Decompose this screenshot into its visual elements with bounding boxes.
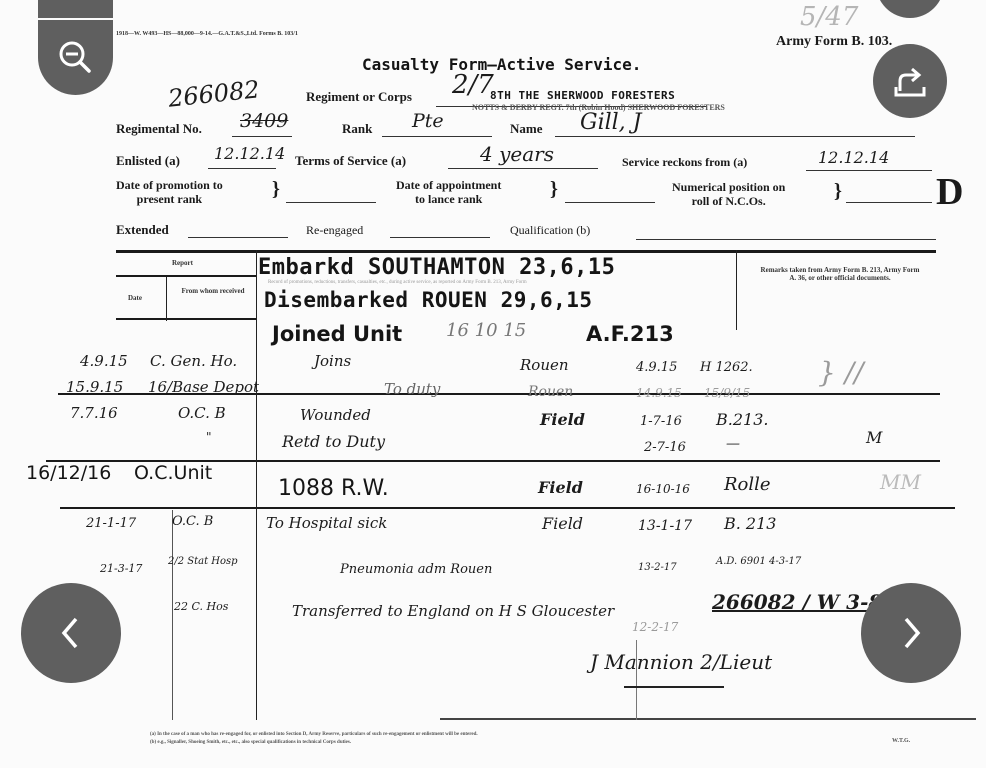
stamp-joined-unit: Joined Unit (272, 322, 402, 346)
qualification-label: Qualification (b) (510, 223, 590, 238)
row-record: Pneumonia adm Rouen (340, 562, 492, 577)
row-date2: 2-7-16 (644, 440, 686, 455)
share-button[interactable] (873, 44, 947, 118)
casualty-form-document: 1918—W. W493—HS—88,000—9-14.—G.A.T.&S.,L… (0, 0, 986, 768)
row-remarks: B. 213 (724, 514, 776, 533)
promotion-label-line2: present rank (116, 192, 223, 206)
numerical-label-line2: roll of N.C.Os. (672, 194, 785, 208)
regimental-no-value: 3409 (240, 110, 288, 132)
form-title: Casualty Form—Active Service. (362, 55, 641, 74)
margin-mark: M (866, 428, 882, 447)
row-record: Retd to Duty (282, 432, 385, 451)
appointment-label: Date of appointment to lance rank (396, 178, 501, 206)
numerical-label-line1: Numerical position on (672, 180, 785, 194)
row-remarks: 15/9/15 (704, 386, 750, 400)
enlisted-label: Enlisted (a) (116, 153, 180, 169)
enlisted-value: 12.12.14 (214, 144, 285, 163)
row-remarks: — (726, 436, 740, 452)
row-from: 22 C. Hos (174, 600, 228, 613)
footnote-a: (a) In the case of a man who has re-enga… (150, 732, 478, 737)
share-icon (890, 61, 930, 101)
regimental-no-label: Regimental No. (116, 121, 202, 137)
row-record: 1088 R.W. (278, 476, 389, 501)
row-date2: 13-1-17 (638, 518, 692, 534)
row-from: 2/2 Stat Hosp (168, 556, 238, 567)
row-from: C. Gen. Ho. (150, 352, 237, 370)
appointment-label-line1: Date of appointment (396, 178, 501, 192)
handwritten-number: 266082 (167, 75, 261, 112)
officer-signature: J Mannion 2/Lieut (590, 650, 772, 674)
army-form-number: Army Form B. 103. (776, 34, 892, 50)
row-record: Joins (314, 352, 351, 370)
row-date2: 16-10-16 (636, 482, 690, 496)
service-reckons-value: 12.12.14 (818, 148, 889, 167)
row-from: " (206, 430, 212, 444)
row-remarks: H 1262. (700, 360, 753, 375)
row-place: Field (538, 478, 583, 497)
reengaged-label: Re-engaged (306, 223, 363, 238)
numerical-position-label: Numerical position on roll of N.C.Os. (672, 180, 785, 208)
row-date2: 4.9.15 (636, 360, 677, 375)
regiment-stamp: 8TH THE SHERWOOD FORESTERS (490, 89, 675, 102)
stamp-disembarked: Disembarked ROUEN 29,6,15 (264, 288, 593, 312)
row-date: 16/12/16 (26, 462, 111, 484)
row-record: Transferred to England on H S Gloucester (292, 600, 622, 622)
row-date: 15.9.15 (66, 378, 123, 396)
row-place: Field (542, 514, 583, 533)
zoom-out-button[interactable] (38, 0, 113, 95)
service-reckons-label: Service reckons from (a) (622, 155, 747, 170)
stamp-embarked: Embarkd SOUTHAMTON 23,6,15 (258, 255, 615, 280)
rank-label: Rank (342, 121, 372, 137)
row-place: Field (540, 410, 585, 429)
row-date2: 14.9.15 (636, 386, 682, 400)
terms-label: Terms of Service (a) (295, 153, 406, 169)
regiment-value: 2/7 (452, 70, 494, 100)
stamp-af213: A.F.213 (586, 322, 674, 346)
footnote-code: W.T.G. (892, 738, 910, 744)
row-remarks: A.D. 6901 4-3-17 (716, 556, 801, 567)
terms-value: 4 years (480, 142, 554, 166)
row-record: Wounded (300, 406, 371, 424)
regiment-label: Regiment or Corps (306, 89, 412, 105)
row-date: 7.7.16 (70, 404, 118, 422)
chevron-right-icon (896, 613, 926, 653)
row-remarks: B.213. (716, 410, 768, 429)
header-from-whom: From whom received (178, 287, 248, 295)
row-record: To duty (384, 380, 440, 398)
appointment-label-line2: to lance rank (396, 192, 501, 206)
header-date: Date (128, 294, 142, 302)
previous-page-button[interactable] (21, 583, 121, 683)
row-place: Rouen (520, 356, 569, 374)
promotion-label-line1: Date of promotion to (116, 178, 223, 192)
row-date2: 13-2-17 (638, 562, 677, 573)
name-value: Gill, J (580, 110, 642, 135)
row-date: 21-3-17 (100, 562, 142, 575)
next-page-button[interactable] (861, 583, 961, 683)
zoom-out-icon (56, 38, 96, 78)
row-from: O.C.Unit (134, 462, 212, 484)
row-from: 16/Base Depot (148, 378, 259, 396)
pencil-annotation: 5/47 (800, 2, 858, 32)
header-record: Record of promotions, reductions, transf… (268, 280, 527, 285)
row-date: 4.9.15 (80, 352, 128, 370)
printer-line: 1918—W. W493—HS—88,000—9-14.—G.A.T.&S.,L… (116, 31, 298, 37)
row-record: To Hospital sick (266, 514, 387, 532)
header-report: Report (172, 259, 193, 267)
category-letter: D (936, 170, 963, 214)
row-date2: 12-2-17 (632, 620, 678, 634)
chevron-left-icon (56, 613, 86, 653)
footnote-b: (b) e.g., Signaller, Shoeing Smith, etc.… (150, 740, 351, 745)
row-from: O.C. B (172, 514, 213, 529)
joined-unit-date: 16 10 15 (446, 320, 526, 341)
row-place: Rouen (528, 384, 573, 400)
extended-label: Extended (116, 222, 169, 238)
row-date: 21-1-17 (86, 516, 136, 531)
margin-mark: MM (880, 470, 921, 494)
row-date2: 1-7-16 (640, 414, 682, 429)
promotion-label: Date of promotion to present rank (116, 178, 223, 206)
rank-value: Pte (412, 110, 444, 132)
row-remarks: Rolle (724, 474, 771, 495)
name-label: Name (510, 121, 543, 137)
row-from: O.C. B (178, 404, 226, 422)
header-remarks: Remarks taken from Army Form B. 213, Arm… (760, 266, 920, 282)
